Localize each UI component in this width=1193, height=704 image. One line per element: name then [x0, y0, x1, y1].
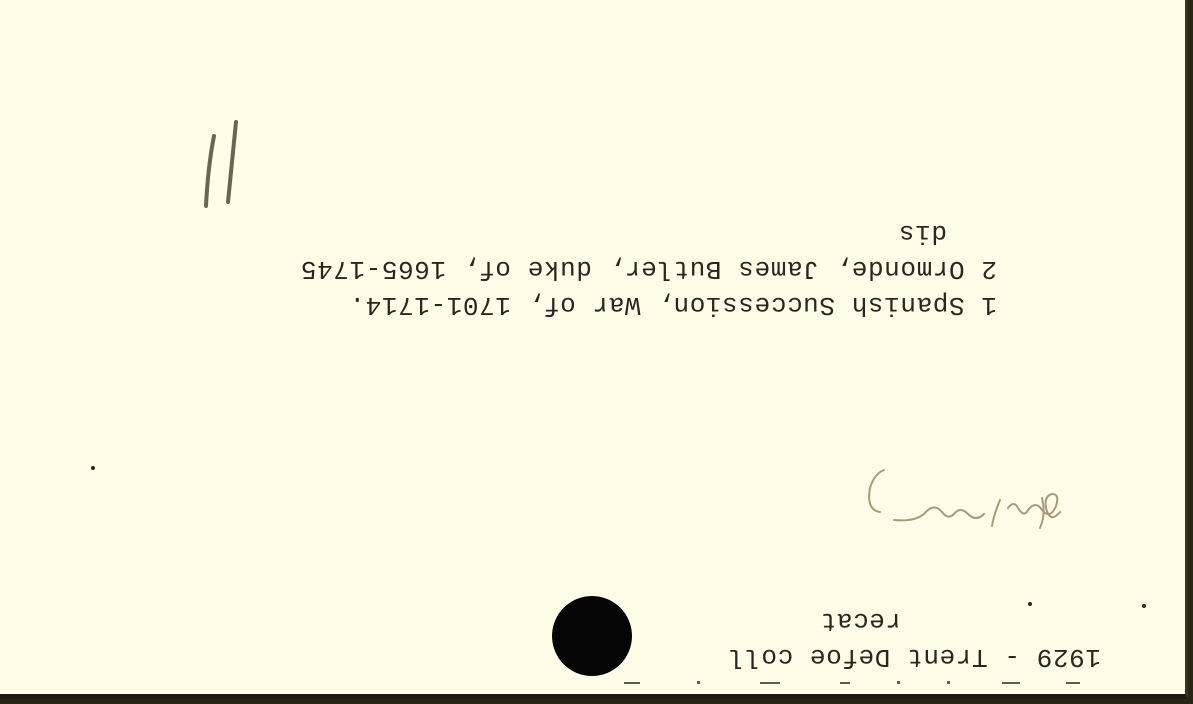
- handwritten-signature-icon: [850, 452, 1080, 532]
- edge-marks: [600, 680, 1080, 686]
- subject-heading-2: 2 Ormonde, James Butler, duke of, 1665-1…: [300, 256, 997, 282]
- catalog-card: 1929 - Trent Defoe coll recat 1 Spanish …: [0, 0, 1188, 699]
- ink-speck: [1028, 602, 1032, 606]
- punch-hole: [552, 596, 632, 676]
- recat-note: recat: [820, 608, 901, 634]
- ink-speck: [91, 466, 95, 470]
- dis-note: dis: [898, 220, 947, 246]
- card-content-rotated: 1929 - Trent Defoe coll recat 1 Spanish …: [0, 0, 1193, 704]
- ink-speck: [1142, 604, 1146, 608]
- subject-heading-1: 1 Spanish Succession, War of, 1701-1714.: [349, 292, 997, 318]
- pencil-mark-icon: [190, 110, 250, 210]
- accession-line: 1929 - Trent Defoe coll: [728, 644, 1101, 670]
